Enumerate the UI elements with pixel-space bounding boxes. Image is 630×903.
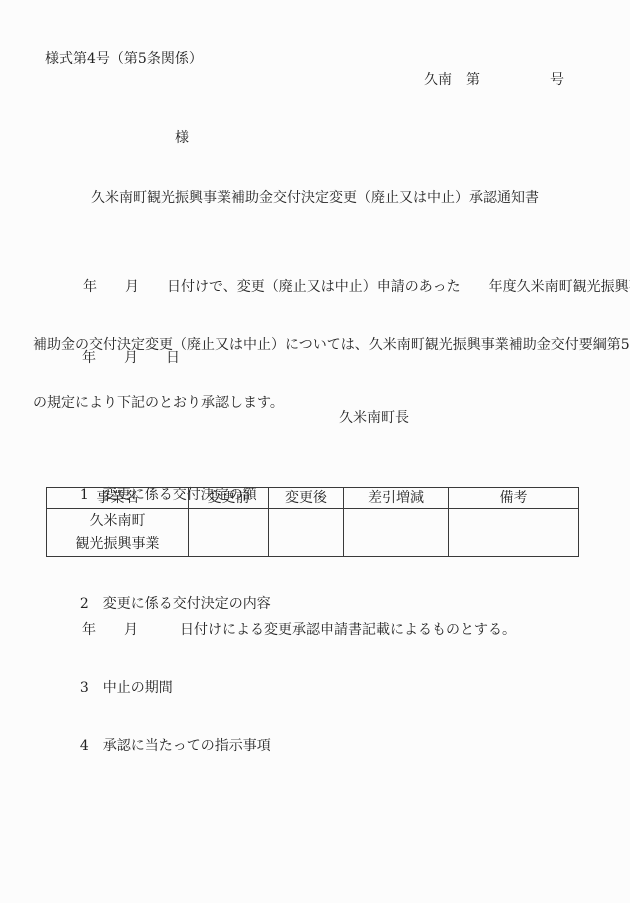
col-header-after-change: 変更後	[269, 488, 344, 509]
cell-remarks	[449, 509, 579, 557]
section-2-body: 年 月 日付けによる変更承認申請書記載によるものとする。	[82, 619, 516, 639]
col-header-project-name: 事業名	[47, 488, 189, 509]
form-number: 様式第4号（第5条関係）	[45, 48, 203, 68]
grant-decision-table: 事業名 変更前 変更後 差引増減 備考 久米南町 観光振興事業	[46, 487, 579, 557]
cell-difference	[344, 509, 449, 557]
addressee-suffix: 様	[175, 127, 189, 147]
section-4-number: 4	[80, 738, 89, 754]
section-3-heading: 3中止の期間	[62, 661, 173, 713]
cell-after-change	[269, 509, 344, 557]
table-header-row: 事業名 変更前 変更後 差引増減 備考	[47, 488, 579, 509]
paragraph-line-1: 年 月 日付けで、変更（廃止又は中止）申請のあった 年度久米南町観光振興事業	[33, 274, 603, 300]
section-2-title: 変更に係る交付決定の内容	[103, 596, 271, 612]
cell-before-change	[189, 509, 269, 557]
col-header-difference: 差引増減	[344, 488, 449, 509]
section-2-number: 2	[80, 596, 89, 612]
col-header-before-change: 変更前	[189, 488, 269, 509]
col-header-remarks: 備考	[449, 488, 579, 509]
project-name-line-1: 久米南町	[47, 510, 188, 533]
cell-project-name: 久米南町 観光振興事業	[47, 509, 189, 557]
project-name-line-2: 観光振興事業	[47, 533, 188, 556]
section-3-number: 3	[80, 680, 89, 696]
section-3-title: 中止の期間	[103, 680, 173, 696]
document-title: 久米南町観光振興事業補助金交付決定変更（廃止又は中止）承認通知書	[0, 187, 630, 207]
document-page: 様式第4号（第5条関係） 久南 第 号 様 久米南町観光振興事業補助金交付決定変…	[0, 0, 630, 903]
body-paragraph: 年 月 日付けで、変更（廃止又は中止）申請のあった 年度久米南町観光振興事業 補…	[33, 242, 603, 448]
table-row: 久米南町 観光振興事業	[47, 509, 579, 557]
paragraph-line-3: の規定により下記のとおり承認します。	[33, 390, 603, 416]
section-4-title: 承認に当たっての指示事項	[103, 738, 271, 754]
issue-date-line: 年 月 日	[82, 347, 180, 367]
issuer-name: 久米南町長	[339, 407, 409, 427]
document-number-line: 久南 第 号	[424, 69, 564, 89]
section-4-heading: 4承認に当たっての指示事項	[62, 719, 271, 771]
